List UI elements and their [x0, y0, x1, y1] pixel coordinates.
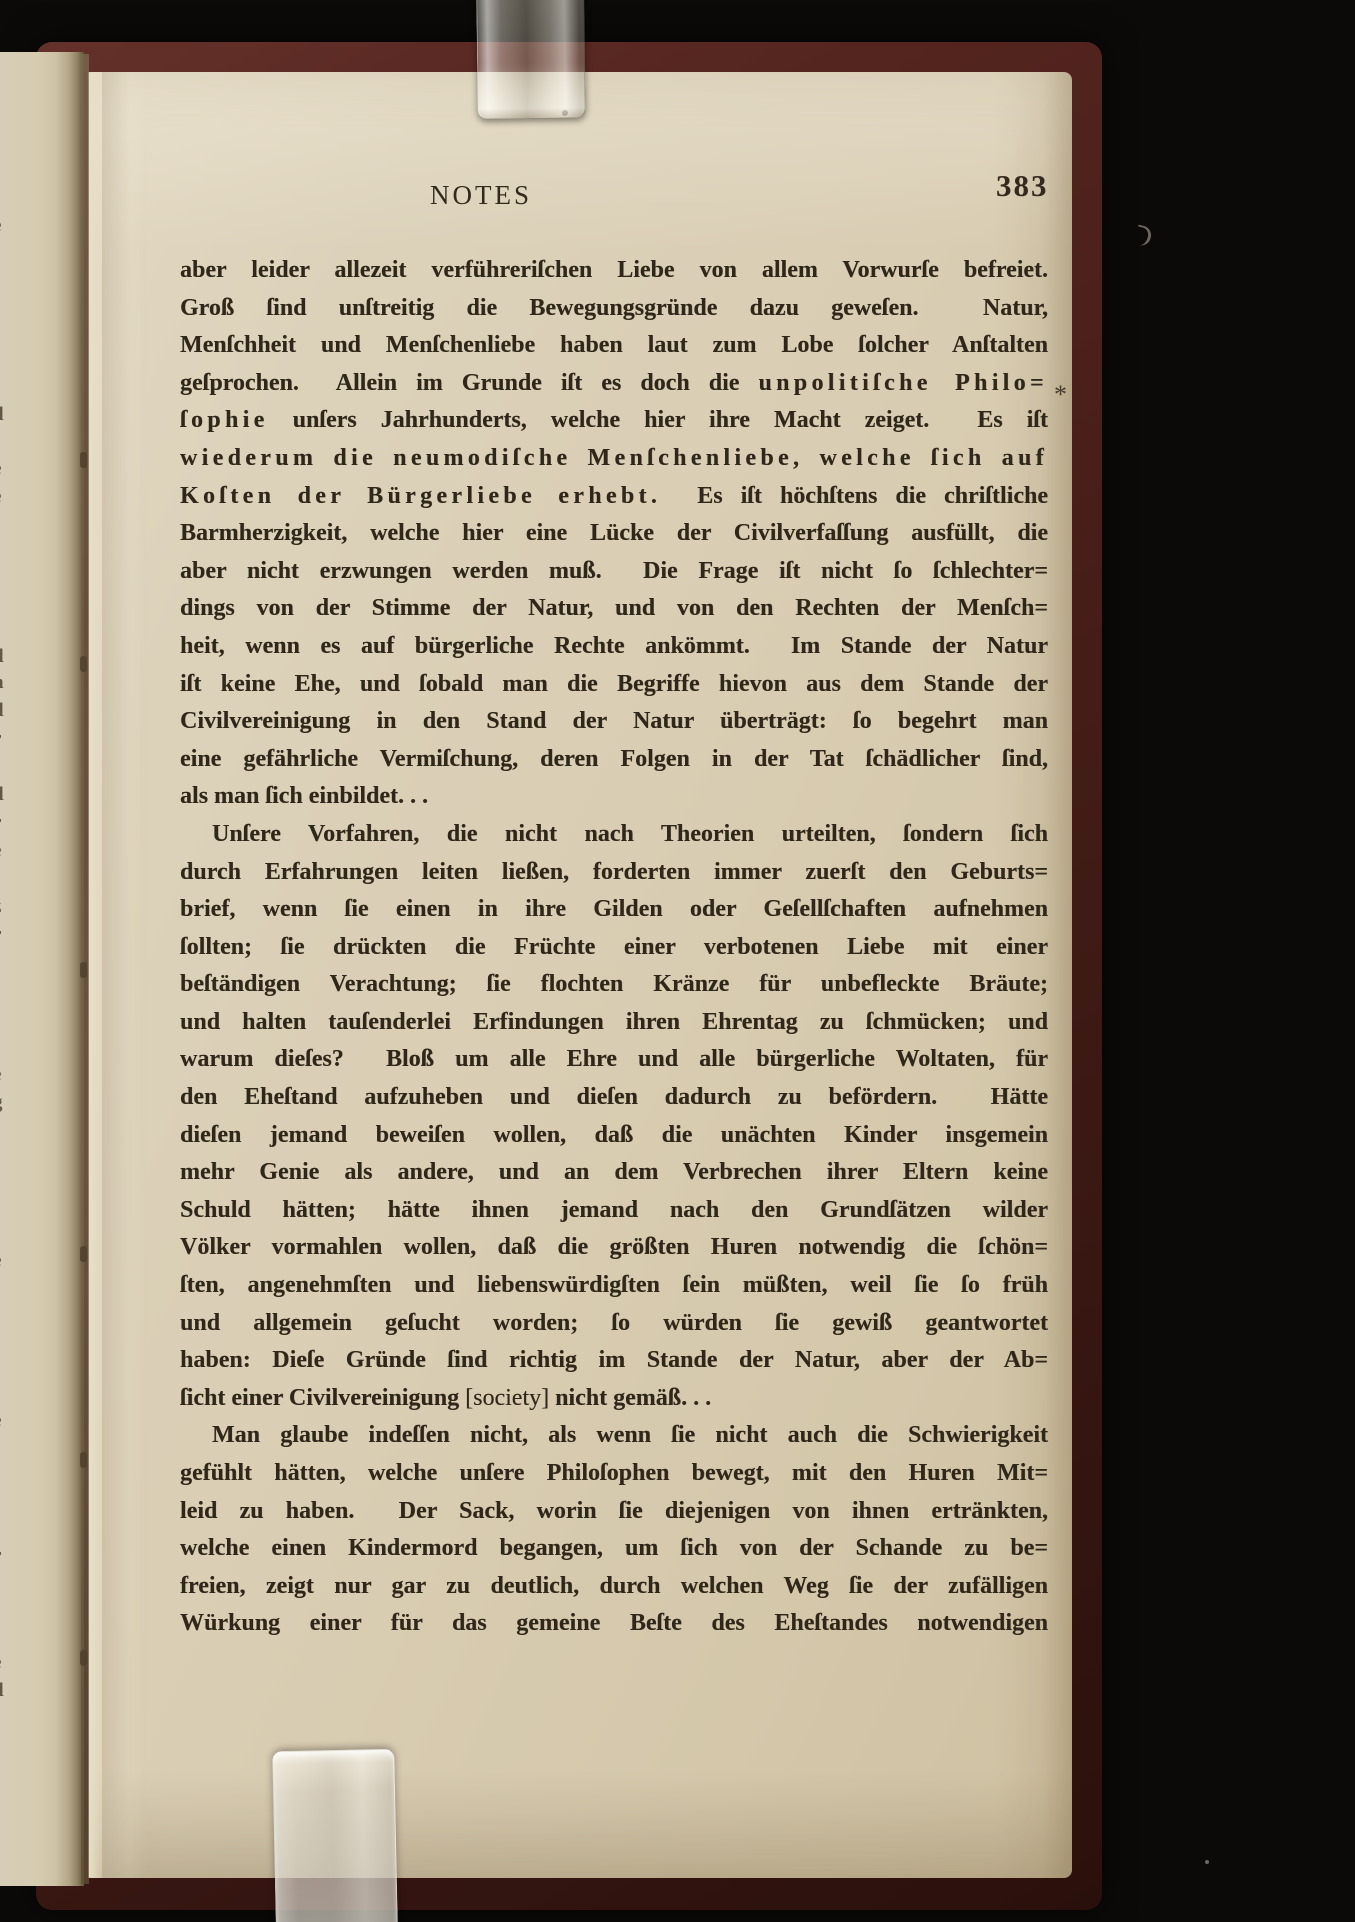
text-run: geſprochen. Allein im Grunde iſt es doch…: [180, 370, 758, 396]
text-run: Man glaube indeſſen nicht, als wenn ſie …: [212, 1422, 1048, 1448]
margin-fragment: e: [0, 215, 1, 237]
text-run: warum dieſes? Bloß um alle Ehre und alle…: [180, 1046, 1048, 1072]
page-holder-clip-top: [476, 0, 586, 119]
binding-nick: [80, 656, 87, 672]
text-line: und halten tauſenderlei Erfindungen ihre…: [180, 1004, 1048, 1042]
text-line: Groß ſind unſtreitig die Bewegungsgründe…: [180, 290, 1048, 328]
text-line: Unſere Vorfahren, die nicht nach Theorie…: [180, 816, 1048, 854]
text-line: ſten, angenehmſten und liebenswürdigſten…: [180, 1267, 1048, 1305]
text-line: freien, zeigt nur gar zu deutlich, durch…: [180, 1568, 1048, 1606]
text-line: brief, wenn ſie einen in ihre Gilden ode…: [180, 891, 1048, 929]
text-run: mehr Genie als andere, und an dem Verbre…: [180, 1159, 1048, 1185]
margin-fragment: r: [0, 728, 1, 750]
text-line: geſprochen. Allein im Grunde iſt es doch…: [180, 365, 1048, 403]
text-run: dieſen jemand beweiſen wollen, daß die u…: [180, 1122, 1048, 1148]
text-line: durch Erfahrungen leiten ließen, fordert…: [180, 854, 1048, 892]
text-run: Unſere Vorfahren, die nicht nach Theorie…: [212, 821, 1048, 847]
page-header-title: NOTES: [430, 180, 532, 211]
margin-fragment: z: [0, 896, 1, 918]
text-run: aber leider allezeit verführeriſchen Lie…: [180, 257, 1048, 283]
text-line: mehr Genie als andere, und an dem Verbre…: [180, 1154, 1048, 1192]
text-run: eine gefährliche Vermiſchung, deren Folg…: [180, 746, 1048, 772]
margin-fragment: e: [0, 486, 1, 508]
text-run: wiederum die neumodiſche Menſchenliebe, …: [180, 445, 1048, 471]
page-number: 383: [996, 168, 1049, 204]
text-run: heit, wenn es auf bürgerliche Rechte ank…: [180, 633, 1048, 659]
text-run: dings von der Stimme der Natur, und von …: [180, 595, 1048, 621]
margin-fragment: d: [0, 700, 4, 722]
text-line: eine gefährliche Vermiſchung, deren Folg…: [180, 741, 1048, 779]
binding-nick: [80, 452, 87, 468]
text-run: ſten, angenehmſten und liebenswürdigſten…: [180, 1272, 1048, 1298]
text-run: Völker vormahlen wollen, daß die größten…: [180, 1234, 1048, 1260]
text-run: unſers Jahrhunderts, welche hier ihre Ma…: [269, 407, 1048, 433]
text-run: nicht gemäß. . .: [549, 1385, 711, 1411]
text-line: beſtändigen Verachtung; ſie flochten Krä…: [180, 966, 1048, 1004]
text-run: [society]: [465, 1385, 549, 1411]
text-run: brief, wenn ſie einen in ihre Gilden ode…: [180, 896, 1048, 922]
text-line: ſophie unſers Jahrhunderts, welche hier …: [180, 402, 1048, 440]
text-line: leid zu haben. Der Sack, worin ſie dieje…: [180, 1493, 1048, 1531]
margin-fragment: d: [0, 784, 4, 806]
text-run: den Eheſtand aufzuheben und dieſen dadur…: [180, 1084, 1048, 1110]
margin-fragment: d: [0, 646, 4, 668]
text-line: wiederum die neumodiſche Menſchenliebe, …: [180, 440, 1048, 478]
text-line: Menſchheit und Menſchenliebe haben laut …: [180, 327, 1048, 365]
text-run: freien, zeigt nur gar zu deutlich, durch…: [180, 1573, 1048, 1599]
text-line: Würkung einer für das gemeine Beſte des …: [180, 1605, 1048, 1643]
margin-fragment: d: [0, 1680, 4, 1702]
text-run: unpolitiſche Philo=: [758, 370, 1048, 396]
text-line: dings von der Stimme der Natur, und von …: [180, 590, 1048, 628]
text-run: beſtändigen Verachtung; ſie flochten Krä…: [180, 971, 1048, 997]
text-line: warum dieſes? Bloß um alle Ehre und alle…: [180, 1041, 1048, 1079]
text-run: Groß ſind unſtreitig die Bewegungsgründe…: [180, 295, 1048, 321]
text-block: aber leider allezeit verführeriſchen Lie…: [180, 252, 1048, 1643]
text-line: iſt keine Ehe, und ſobald man die Begrif…: [180, 666, 1048, 704]
text-run: ſophie: [180, 407, 269, 433]
text-line: Völker vormahlen wollen, daß die größten…: [180, 1229, 1048, 1267]
binding-nick: [80, 1650, 87, 1666]
margin-fragment: d: [0, 404, 4, 426]
text-line: als man ſich einbildet. . .: [180, 778, 1048, 816]
text-run: ſollten; ſie drückten die Früchte einer …: [180, 934, 1048, 960]
text-line: Schuld hätten; hätte ihnen jemand nach d…: [180, 1192, 1048, 1230]
margin-fragment: r: [0, 812, 1, 834]
text-run: Koſten der Bürgerliebe erhebt.: [180, 483, 661, 509]
margin-fragment: e: [0, 1250, 1, 1272]
text-run: Menſchheit und Menſchenliebe haben laut …: [180, 332, 1048, 358]
text-run: aber nicht erzwungen werden muß. Die Fra…: [180, 558, 1048, 584]
margin-fragment: e: [0, 1410, 1, 1432]
text-run: Barmherzigkeit, welche hier eine Lücke d…: [180, 520, 1048, 546]
binding-nick: [80, 1452, 87, 1468]
margin-fragment: r: [0, 1545, 1, 1567]
binding-nick: [80, 962, 87, 978]
text-run: Es iſt höchſtens die chriſtliche: [661, 483, 1048, 509]
text-run: haben: Dieſe Gründe ſind richtig im Stan…: [180, 1347, 1048, 1373]
asterisk-mark: *: [1054, 380, 1067, 410]
margin-fragments: e-d.ee,dhdrtdrezrege,ered: [0, 52, 84, 1886]
text-line: Civilvereinigung in den Stand der Natur …: [180, 703, 1048, 741]
text-line: dieſen jemand beweiſen wollen, daß die u…: [180, 1117, 1048, 1155]
scanned-book-photo: e-d.ee,dhdrtdrezrege,ered NOTES 383 aber…: [0, 0, 1355, 1922]
binding-nick: [80, 1246, 87, 1262]
text-line: und allgemein geſucht worden; ſo würden …: [180, 1305, 1048, 1343]
text-run: und allgemein geſucht worden; ſo würden …: [180, 1310, 1048, 1336]
facing-page-sliver: e-d.ee,dhdrtdrezrege,ered: [0, 52, 84, 1886]
margin-fragment: h: [0, 672, 4, 694]
text-line: haben: Dieſe Gründe ſind richtig im Stan…: [180, 1342, 1048, 1380]
text-run: als man ſich einbildet. . .: [180, 783, 428, 809]
text-run: gefühlt hätten, welche unſere Philoſophe…: [180, 1460, 1048, 1486]
text-line: ſollten; ſie drückten die Früchte einer …: [180, 929, 1048, 967]
margin-fragment: e: [0, 458, 1, 480]
text-line: welche einen Kindermord begangen, um ſic…: [180, 1530, 1048, 1568]
margin-fragment: e: [0, 840, 1, 862]
text-run: welche einen Kindermord begangen, um ſic…: [180, 1535, 1048, 1561]
text-line: heit, wenn es auf bürgerliche Rechte ank…: [180, 628, 1048, 666]
text-line: gefühlt hätten, welche unſere Philoſophe…: [180, 1455, 1048, 1493]
text-run: Würkung einer für das gemeine Beſte des …: [180, 1610, 1048, 1636]
page-holder-clip-bottom: [272, 1749, 398, 1922]
text-run: leid zu haben. Der Sack, worin ſie dieje…: [180, 1498, 1048, 1524]
text-line: den Eheſtand aufzuheben und dieſen dadur…: [180, 1079, 1048, 1117]
text-line: aber nicht erzwungen werden muß. Die Fra…: [180, 553, 1048, 591]
text-run: und halten tauſenderlei Erfindungen ihre…: [180, 1009, 1048, 1035]
text-line: Koſten der Bürgerliebe erhebt. Es iſt hö…: [180, 478, 1048, 516]
margin-fragment: e: [0, 1652, 1, 1674]
text-line: ſicht einer Civilvereinigung [society] n…: [180, 1380, 1048, 1418]
margin-fragment: r: [0, 924, 1, 946]
margin-fragment: e: [0, 1064, 1, 1086]
margin-fragment: g: [0, 1092, 3, 1114]
text-run: Schuld hätten; hätte ihnen jemand nach d…: [180, 1197, 1048, 1223]
text-run: iſt keine Ehe, und ſobald man die Begrif…: [180, 671, 1048, 697]
text-run: ſicht einer Civilvereinigung: [180, 1385, 465, 1411]
text-line: Barmherzigkeit, welche hier eine Lücke d…: [180, 515, 1048, 553]
text-line: aber leider allezeit verführeriſchen Lie…: [180, 252, 1048, 290]
dust-speck: [1134, 224, 1153, 247]
text-line: Man glaube indeſſen nicht, als wenn ſie …: [180, 1417, 1048, 1455]
text-run: durch Erfahrungen leiten ließen, fordert…: [180, 859, 1048, 885]
dust-speck: [1205, 1860, 1209, 1864]
text-run: Civilvereinigung in den Stand der Natur …: [180, 708, 1048, 734]
